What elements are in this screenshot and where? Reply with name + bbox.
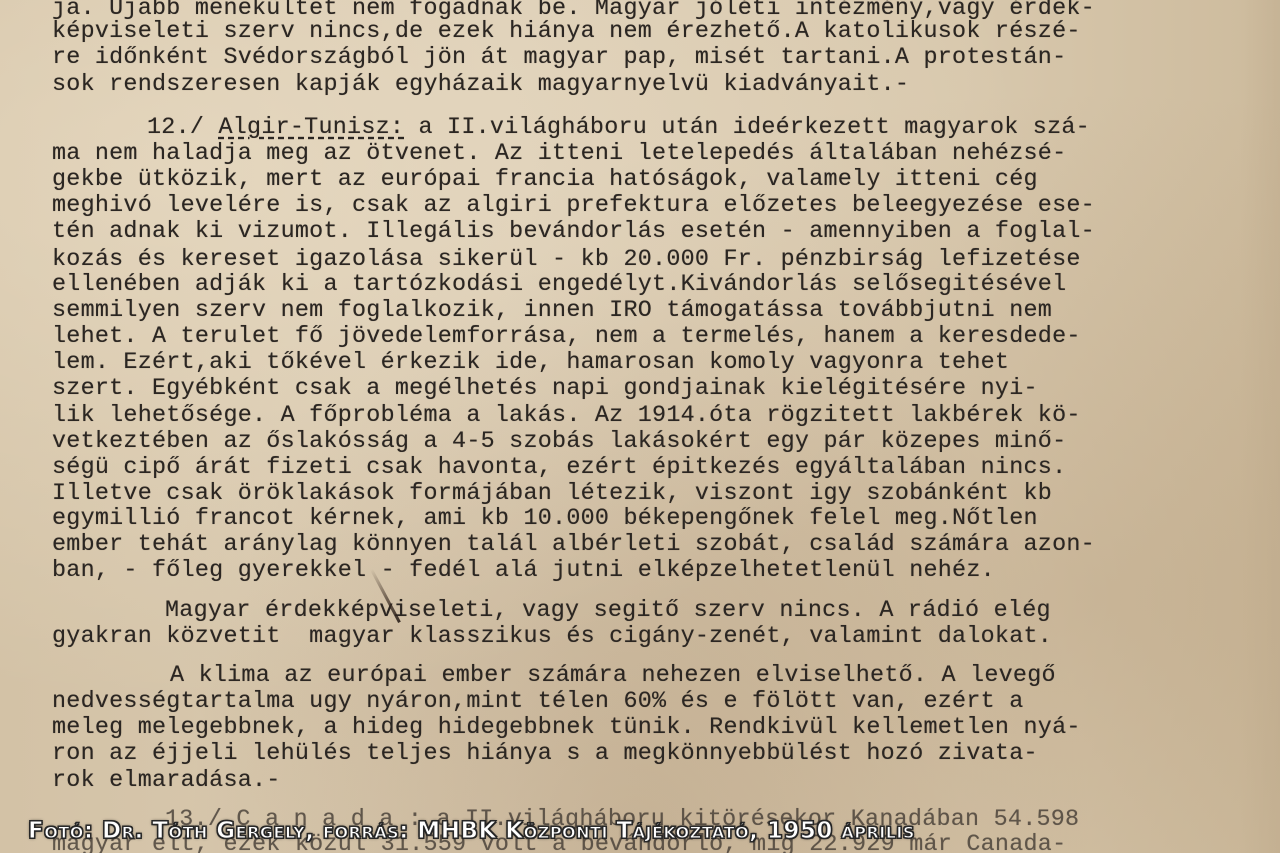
text-line: lehet. A terulet fő jövedelemforrása, ne… xyxy=(52,324,1081,350)
text-line: ember tehát aránylag könnyen talál albér… xyxy=(52,532,1095,558)
text-line: lem. Ezért,aki tőkével érkezik ide, hama… xyxy=(52,350,1009,376)
text-line: re időnként Svédországból jön át magyar … xyxy=(52,45,1066,71)
text-line: tén adnak ki vizumot. Illegális bevándor… xyxy=(52,219,1095,245)
text-line: gekbe ütközik, mert az európai francia h… xyxy=(52,167,1038,193)
text-line: kozás és kereset igazolása sikerül - kb … xyxy=(52,247,1081,273)
section-number: 12./ xyxy=(147,115,204,141)
text-line: ma nem haladja meg az ötvenet. Az itteni… xyxy=(52,141,1066,167)
text-line: ségü cipő árát fizeti csak havonta, ezér… xyxy=(52,455,1066,481)
text-line: nedvességtartalma ugy nyáron,mint télen … xyxy=(52,689,1024,715)
text-line: ban, - főleg gyerekkel - fedél alá jutni… xyxy=(52,558,995,584)
text-line: egymillió francot kérnek, ami kb 10.000 … xyxy=(52,506,1038,532)
text-line: gyakran közvetit magyar klasszikus és ci… xyxy=(52,624,1052,650)
text-line: lik lehetősége. A főprobléma a lakás. Az… xyxy=(52,403,1081,429)
section-12-first-line: 12./ Algir-Tunisz: a II.világháboru után… xyxy=(147,115,1090,141)
text-line: semmilyen szerv nem foglalkozik, innen I… xyxy=(52,298,1052,324)
text-line: Illetve csak öröklakások formájában léte… xyxy=(52,481,1052,507)
text-line: meghivó levelére is, csak az algiri pref… xyxy=(52,193,1095,219)
paper-edge-shading xyxy=(1240,0,1280,853)
text-line: A klima az európai ember számára nehezen… xyxy=(170,663,1056,689)
text-line: képviseleti szerv nincs,de ezek hiánya n… xyxy=(52,19,1081,45)
document-photo: ja. Ujabb menekültet nem fogadnak be. Ma… xyxy=(0,0,1280,853)
text-line: rok elmaradása.- xyxy=(52,768,281,794)
text-line: vetkeztében az őslakósság a 4-5 szobás l… xyxy=(52,429,1066,455)
text-line: meleg melegebbnek, a hideg hidegebbnek t… xyxy=(52,715,1081,741)
text-line: sok rendszeresen kapják egyházaik magyar… xyxy=(52,72,909,98)
section-first-line-text: a II.világháboru után ideérkezett magyar… xyxy=(404,115,1090,141)
section-heading: Algir-Tunisz: xyxy=(218,115,404,141)
photo-credit-caption: Fotó: Dr. Tóth Gergely, forrás: MHBK Köz… xyxy=(28,818,915,844)
text-line: ellenében adják ki a tartózkodási engedé… xyxy=(52,272,1066,298)
text-line: ron az éjjeli lehülés teljes hiánya s a … xyxy=(52,741,1038,767)
text-line: Magyar érdekképviseleti, vagy segitő sze… xyxy=(165,598,1051,624)
text-line: szert. Egyébként csak a megélhetés napi … xyxy=(52,376,1038,402)
